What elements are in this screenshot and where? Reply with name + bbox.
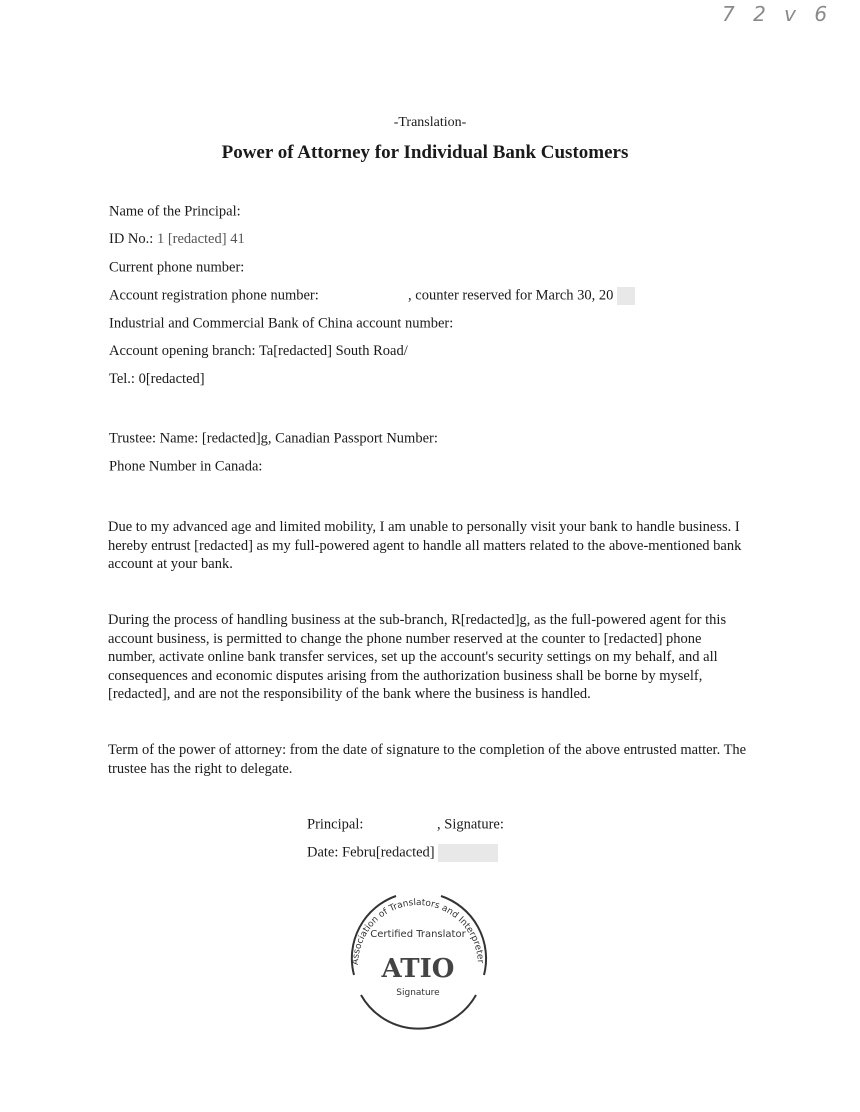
- current-phone-field: Current phone number:: [109, 259, 338, 277]
- paragraph-term: Term of the power of attorney: from the …: [108, 741, 748, 778]
- principal-signature-line: Principal: , Signature:: [307, 816, 504, 834]
- trustee-phone-field: Phone Number in Canada:: [109, 458, 356, 476]
- date-line: Date: Febru[redacted]: [307, 844, 498, 862]
- branch-label: Account opening branch:: [109, 343, 256, 359]
- tel-field: Tel.: 0[redacted]: [109, 371, 205, 388]
- registration-phone-field: Account registration phone number: , cou…: [109, 287, 635, 305]
- trustee-phone-label: Phone Number in Canada:: [109, 458, 262, 474]
- tel-label: Tel.:: [109, 371, 135, 387]
- icbc-account-label: Industrial and Commercial Bank of China …: [109, 315, 453, 331]
- trustee-name-field: Trustee: Name: [redacted]g, Canadian Pas…: [109, 430, 472, 448]
- handwritten-note: 7 2 v 6: [722, 2, 833, 26]
- year-redacted: [617, 287, 635, 305]
- id-number-value: 1 [redacted] 41: [157, 231, 245, 247]
- paragraph-entrust: Due to my advanced age and limited mobil…: [108, 518, 748, 574]
- passport-label: , Canadian Passport Number:: [268, 430, 438, 446]
- svg-text:Association of Translators and: Association of Translators and Interpret…: [336, 880, 485, 965]
- registration-phone-redacted: [322, 287, 404, 305]
- trustee-name-value: [redacted]g: [202, 430, 268, 446]
- stamp-line1: Certified Translator: [370, 929, 466, 940]
- principal-redacted: [367, 816, 437, 834]
- paragraph-authorization: During the process of handling business …: [108, 611, 738, 704]
- icbc-account-redacted: [457, 315, 547, 333]
- date-value: Febru[redacted]: [342, 844, 435, 860]
- branch-field: Account opening branch: Ta[redacted] Sou…: [109, 343, 408, 360]
- translator-stamp: Association of Translators and Interpret…: [336, 880, 501, 1035]
- branch-value: Ta[redacted] South Road/: [259, 343, 408, 359]
- stamp-logo: ATIO: [381, 954, 455, 984]
- id-number-field: ID No.: 1 [redacted] 41: [109, 231, 245, 248]
- current-phone-label: Current phone number:: [109, 259, 244, 275]
- stamp-line2: Signature: [396, 988, 440, 998]
- id-number-label: ID No.:: [109, 231, 153, 247]
- document-title: Power of Attorney for Individual Bank Cu…: [0, 142, 850, 164]
- current-phone-redacted: [248, 259, 338, 277]
- registration-phone-label: Account registration phone number:: [109, 287, 319, 303]
- tel-value: 0[redacted]: [139, 371, 205, 387]
- principal-name-redacted: [244, 203, 304, 221]
- principal-name-field: Name of the Principal:: [109, 203, 304, 221]
- trustee-name-label: Trustee: Name:: [109, 430, 198, 446]
- trustee-phone-redacted: [266, 458, 356, 476]
- passport-redacted: [442, 430, 472, 448]
- principal-name-label: Name of the Principal:: [109, 203, 241, 219]
- date-label: Date:: [307, 844, 338, 860]
- stamp-outer-text: Association of Translators and Interpret…: [336, 880, 485, 965]
- translation-label: -Translation-: [0, 115, 860, 131]
- counter-reserved-text: , counter reserved for March 30, 20: [408, 287, 613, 303]
- icbc-account-field: Industrial and Commercial Bank of China …: [109, 315, 547, 333]
- signature-label: , Signature:: [437, 816, 504, 832]
- date-redacted: [438, 844, 498, 862]
- principal-label: Principal:: [307, 816, 363, 832]
- stamp-seal-icon: Association of Translators and Interpret…: [336, 880, 501, 1035]
